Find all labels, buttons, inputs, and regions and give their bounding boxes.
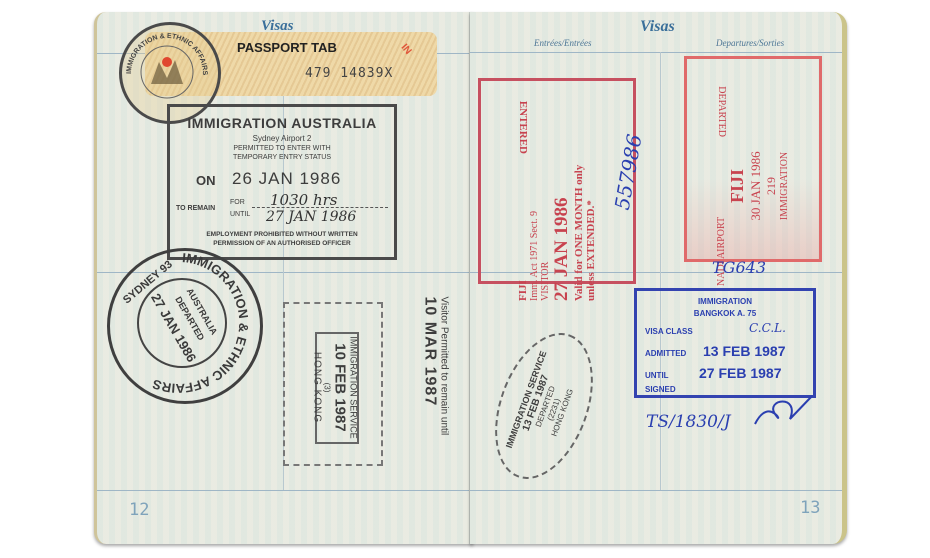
- stamp-title: IMMIGRATION AUSTRALIA: [170, 115, 394, 131]
- fiji-departure-stamp: NADI AIRPORT DEPARTED FIJI 30 JAN 1986 2…: [684, 56, 822, 262]
- stamp-title: IMMIGRATION: [637, 297, 813, 306]
- stamp-service: IMMIGRATION: [779, 86, 790, 286]
- visa-class-value: C.C.L.: [749, 321, 786, 335]
- passport-spread: Visas PASSPORT TAB 479 14839X IN IMMIGRA…: [94, 12, 850, 547]
- sydney-departure-seal: IMMIGRATION & ETHNIC AFFAIRS AUSTRALIA D…: [107, 248, 263, 404]
- stamp-code: (3): [323, 318, 332, 458]
- stamp-valid: Valid for ONE MONTH only: [573, 101, 585, 301]
- right-page: Visas Entrées/Entrées Departures/Sorties…: [470, 12, 847, 544]
- stamp-location: HONG KONG: [312, 318, 323, 458]
- departures-label: Departures/Sorties: [716, 38, 784, 48]
- permit-text: Visitor Permitted to remain until: [439, 297, 450, 477]
- passport-tab-title: PASSPORT TAB: [237, 40, 337, 55]
- stamp-date: 30 JAN 1986: [748, 86, 764, 286]
- hong-kong-arrival-stamp: IMMIGRATION SERVICE 10 FEB 1987 (3) HONG…: [283, 302, 383, 466]
- entry-date: 26 JAN 1986: [232, 169, 341, 189]
- page-heading: Visas: [640, 18, 675, 36]
- stamp-rotated-text: FIJI ENTERED Imm. Act 1971 Sect. 9 VISIT…: [517, 101, 597, 301]
- stamp-code: 219: [764, 86, 779, 286]
- stamp-rotated-text: NADI AIRPORT DEPARTED FIJI 30 JAN 1986 2…: [716, 86, 790, 286]
- stamp-row: NADI AIRPORT DEPARTED: [716, 86, 727, 286]
- stamp-row: FIJI ENTERED: [517, 101, 529, 301]
- stamp-rotated-text: IMMIGRATION SERVICE 13 FEB 1987 DEPARTED…: [497, 330, 591, 482]
- stamp-visitor: VISITOR: [540, 101, 551, 301]
- for-label: FOR: [230, 199, 245, 206]
- stamp-line: PERMITTED TO ENTER WITH: [170, 145, 394, 152]
- until-value: 27 JAN 1986: [266, 209, 356, 225]
- bangkok-immigration-stamp: IMMIGRATION BANGKOK A. 75 VISA CLASS C.C…: [634, 288, 816, 398]
- fiji-entry-stamp: FIJI ENTERED Imm. Act 1971 Sect. 9 VISIT…: [478, 78, 636, 284]
- stamp-footer: PERMISSION OF AN AUTHORISED OFFICER: [170, 240, 394, 247]
- stamp-location: BANGKOK A. 75: [637, 309, 813, 318]
- reference-annotation: TS/1830/J: [646, 412, 731, 432]
- immigration-australia-stamp: IMMIGRATION AUSTRALIA Sydney Airport 2 P…: [167, 104, 397, 260]
- page-number-left: 12: [129, 500, 149, 520]
- stamp-status: ENTERED: [517, 101, 529, 154]
- left-page: Visas PASSPORT TAB 479 14839X IN IMMIGRA…: [94, 12, 473, 544]
- passport-tab-mark: IN: [399, 42, 414, 57]
- ruled-line: [470, 52, 842, 53]
- page-number-right: 13: [800, 498, 820, 518]
- flight-annotation: TG643: [712, 258, 766, 277]
- stamp-line: TEMPORARY ENTRY STATUS: [170, 154, 394, 161]
- stamp-date: 27 JAN 1986: [551, 101, 573, 301]
- visitor-permit-stamp: Visitor Permitted to remain until 10 MAR…: [421, 297, 450, 477]
- entries-label: Entrées/Entrées: [534, 38, 592, 48]
- stamp-location: Sydney Airport 2: [170, 134, 394, 143]
- hong-kong-departure-stamp: IMMIGRATION SERVICE 13 FEB 1987 DEPARTED…: [477, 320, 612, 493]
- signature-scribble-icon: [750, 384, 820, 434]
- permit-date: 10 MAR 1987: [421, 297, 439, 477]
- until-date: 27 FEB 1987: [699, 365, 782, 381]
- admitted-date: 13 FEB 1987: [703, 343, 786, 359]
- signed-label: SIGNED: [645, 385, 676, 394]
- until-label: UNTIL: [645, 371, 669, 380]
- svg-text:IMMIGRATION & ETHNIC AFFAIRS: IMMIGRATION & ETHNIC AFFAIRS: [126, 33, 208, 76]
- seal-ring-icon: IMMIGRATION & ETHNIC AFFAIRS AUSTRALIA D…: [107, 248, 257, 398]
- stamp-date: 10 FEB 1987: [332, 318, 349, 458]
- passport-tab-number: 479 14839X: [305, 66, 393, 81]
- stamp-footer: EMPLOYMENT PROHIBITED WITHOUT WRITTEN: [170, 231, 394, 238]
- admitted-label: ADMITTED: [645, 349, 686, 358]
- stamp-act: Imm. Act 1971 Sect. 9: [529, 101, 540, 301]
- stamp-rotated-text: IMMIGRATION SERVICE 10 FEB 1987 (3) HONG…: [312, 318, 359, 458]
- ruled-line: [97, 490, 473, 491]
- visa-class-label: VISA CLASS: [645, 327, 693, 336]
- dashed-line: [252, 207, 388, 208]
- stamp-status: DEPARTED: [716, 86, 727, 137]
- until-label: UNTIL: [230, 211, 250, 218]
- stamp-valid: unless EXTENDED.*: [585, 101, 597, 301]
- remain-label: TO REMAIN: [176, 205, 215, 212]
- on-label: ON: [196, 173, 216, 188]
- stamp-country: FIJI: [517, 280, 529, 301]
- stamp-service: IMMIGRATION SERVICE: [349, 318, 359, 458]
- stamp-country: FIJI: [727, 86, 748, 286]
- ruled-line: [470, 490, 842, 491]
